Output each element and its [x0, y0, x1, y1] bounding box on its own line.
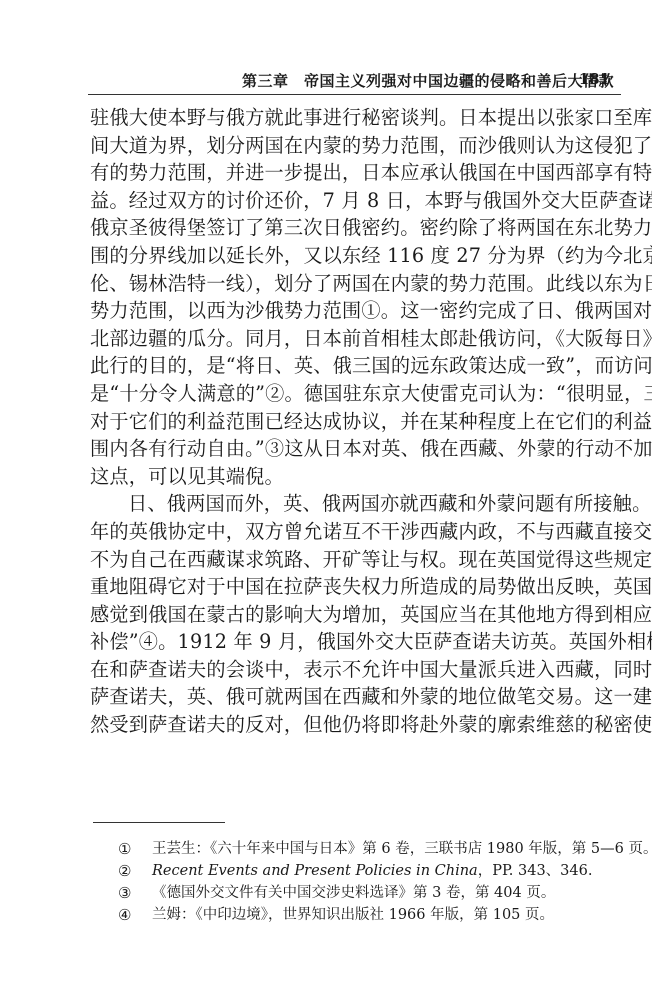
body-line: 感觉到俄国在蒙古的影响大为增加，英国应当在其他地方得到相应的 [90, 601, 622, 629]
body-line: 间大道为界，划分两国在内蒙的势力范围，而沙俄则认为这侵犯了它固 [90, 132, 622, 160]
footnote-mark: ③ [118, 882, 131, 904]
footnote-text: 《德国外交文件有关中国交涉史料选译》第 3 卷，第 404 页。 [152, 882, 555, 904]
footnote-mark: ① [118, 838, 131, 860]
footnotes: ① 王芸生：《六十年来中国与日本》第 6 卷，三联书店 1980 年版，第 5—… [118, 838, 638, 926]
body-line: 有的势力范围，并进一步提出，日本应承认俄国在中国西部享有特殊利 [90, 159, 622, 187]
body-line: 此行的目的，是“将日、英、俄三国的远东政策达成一致”，而访问的结果 [90, 352, 622, 380]
body-line: 围内各有行动自由。”③这从日本对英、俄在西藏、外蒙的行动不加指责 [90, 435, 622, 463]
body-line: 益。经过双方的讨价还价，7 月 8 日，本野与俄国外交大臣萨查诺夫在 [90, 187, 622, 215]
body-line-paragraph-end: 这点，可以见其端倪。 [90, 463, 622, 491]
body-line: 重地阻碍它对于中国在拉萨丧失权力所造成的局势做出反映，英国也 [90, 573, 622, 601]
chapter-title: 第三章 帝国主义列强对中国边疆的侵略和善后大借款 [242, 70, 614, 91]
footnote-mark: ② [118, 860, 131, 882]
footnote-text: 兰姆：《中印边境》，世界知识出版社 1966 年版，第 105 页。 [152, 904, 554, 926]
footnote-1: ① 王芸生：《六十年来中国与日本》第 6 卷，三联书店 1980 年版，第 5—… [118, 838, 638, 860]
body-line-paragraph-start: 日、俄两国而外，英、俄两国亦就西藏和外蒙问题有所接触。1907 [90, 490, 622, 518]
footnote-text: Recent Events and Present Policies in Ch… [152, 860, 592, 882]
body-line: 年的英俄协定中，双方曾允诺互不干涉西藏内政，不与西藏直接交涉， [90, 518, 622, 546]
body-line: 补偿”④。1912 年 9 月，俄国外交大臣萨查诺夫访英。英国外相格雷 [90, 628, 622, 656]
footnote-pages: ，PP. 343、346. [478, 863, 593, 879]
body-line: 势力范围，以西为沙俄势力范围①。这一密约完成了日、俄两国对中国 [90, 297, 622, 325]
body-line: 然受到萨查诺夫的反对，但他仍将即将赴外蒙的廓索维慈的秘密使命 [90, 711, 622, 739]
footnote-text: 王芸生：《六十年来中国与日本》第 6 卷，三联书店 1980 年版，第 5—6 … [152, 838, 652, 860]
body-line: 围的分界线加以延长外，又以东经 116 度 27 分为界（约为今北京、多 [90, 242, 622, 270]
body-line: 在和萨查诺夫的会谈中，表示不允许中国大量派兵进入西藏，同时暗示 [90, 656, 622, 684]
footnote-3: ③ 《德国外交文件有关中国交涉史料选译》第 3 卷，第 404 页。 [118, 882, 638, 904]
footnote-rule [93, 822, 225, 823]
running-head: 第三章 帝国主义列强对中国边疆的侵略和善后大借款 181 [90, 68, 620, 92]
body-line: 伦、锡林浩特一线），划分了两国在内蒙的势力范围。此线以东为日本 [90, 270, 622, 298]
footnote-book-title: Recent Events and Present Policies in Ch… [152, 863, 478, 879]
body-line: 萨查诺夫，英、俄可就两国在西藏和外蒙的地位做笔交易。这一建议虽 [90, 683, 622, 711]
header-rule [88, 94, 621, 95]
body-line: 俄京圣彼得堡签订了第三次日俄密约。密约除了将两国在东北势力范 [90, 214, 622, 242]
body-line: 驻俄大使本野与俄方就此事进行秘密谈判。日本提出以张家口至库伦 [90, 104, 622, 132]
body-text: 驻俄大使本野与俄方就此事进行秘密谈判。日本提出以张家口至库伦 间大道为界，划分两… [90, 104, 622, 739]
footnote-4: ④ 兰姆：《中印边境》，世界知识出版社 1966 年版，第 105 页。 [118, 904, 638, 926]
body-line: 对于它们的利益范围已经达成协议，并在某种程度上在它们的利益范 [90, 408, 622, 436]
page-number: 181 [579, 70, 610, 88]
body-line: 不为自己在西藏谋求筑路、开矿等让与权。现在英国觉得这些规定“严 [90, 546, 622, 574]
footnote-2: ② Recent Events and Present Policies in … [118, 860, 638, 882]
footnote-mark: ④ [118, 904, 131, 926]
body-line: 北部边疆的瓜分。同月，日本前首相桂太郎赴俄访问，《大阪每日》评论 [90, 325, 622, 353]
body-line: 是“十分令人满意的”②。德国驻东京大使雷克司认为：“很明显，三强 [90, 380, 622, 408]
